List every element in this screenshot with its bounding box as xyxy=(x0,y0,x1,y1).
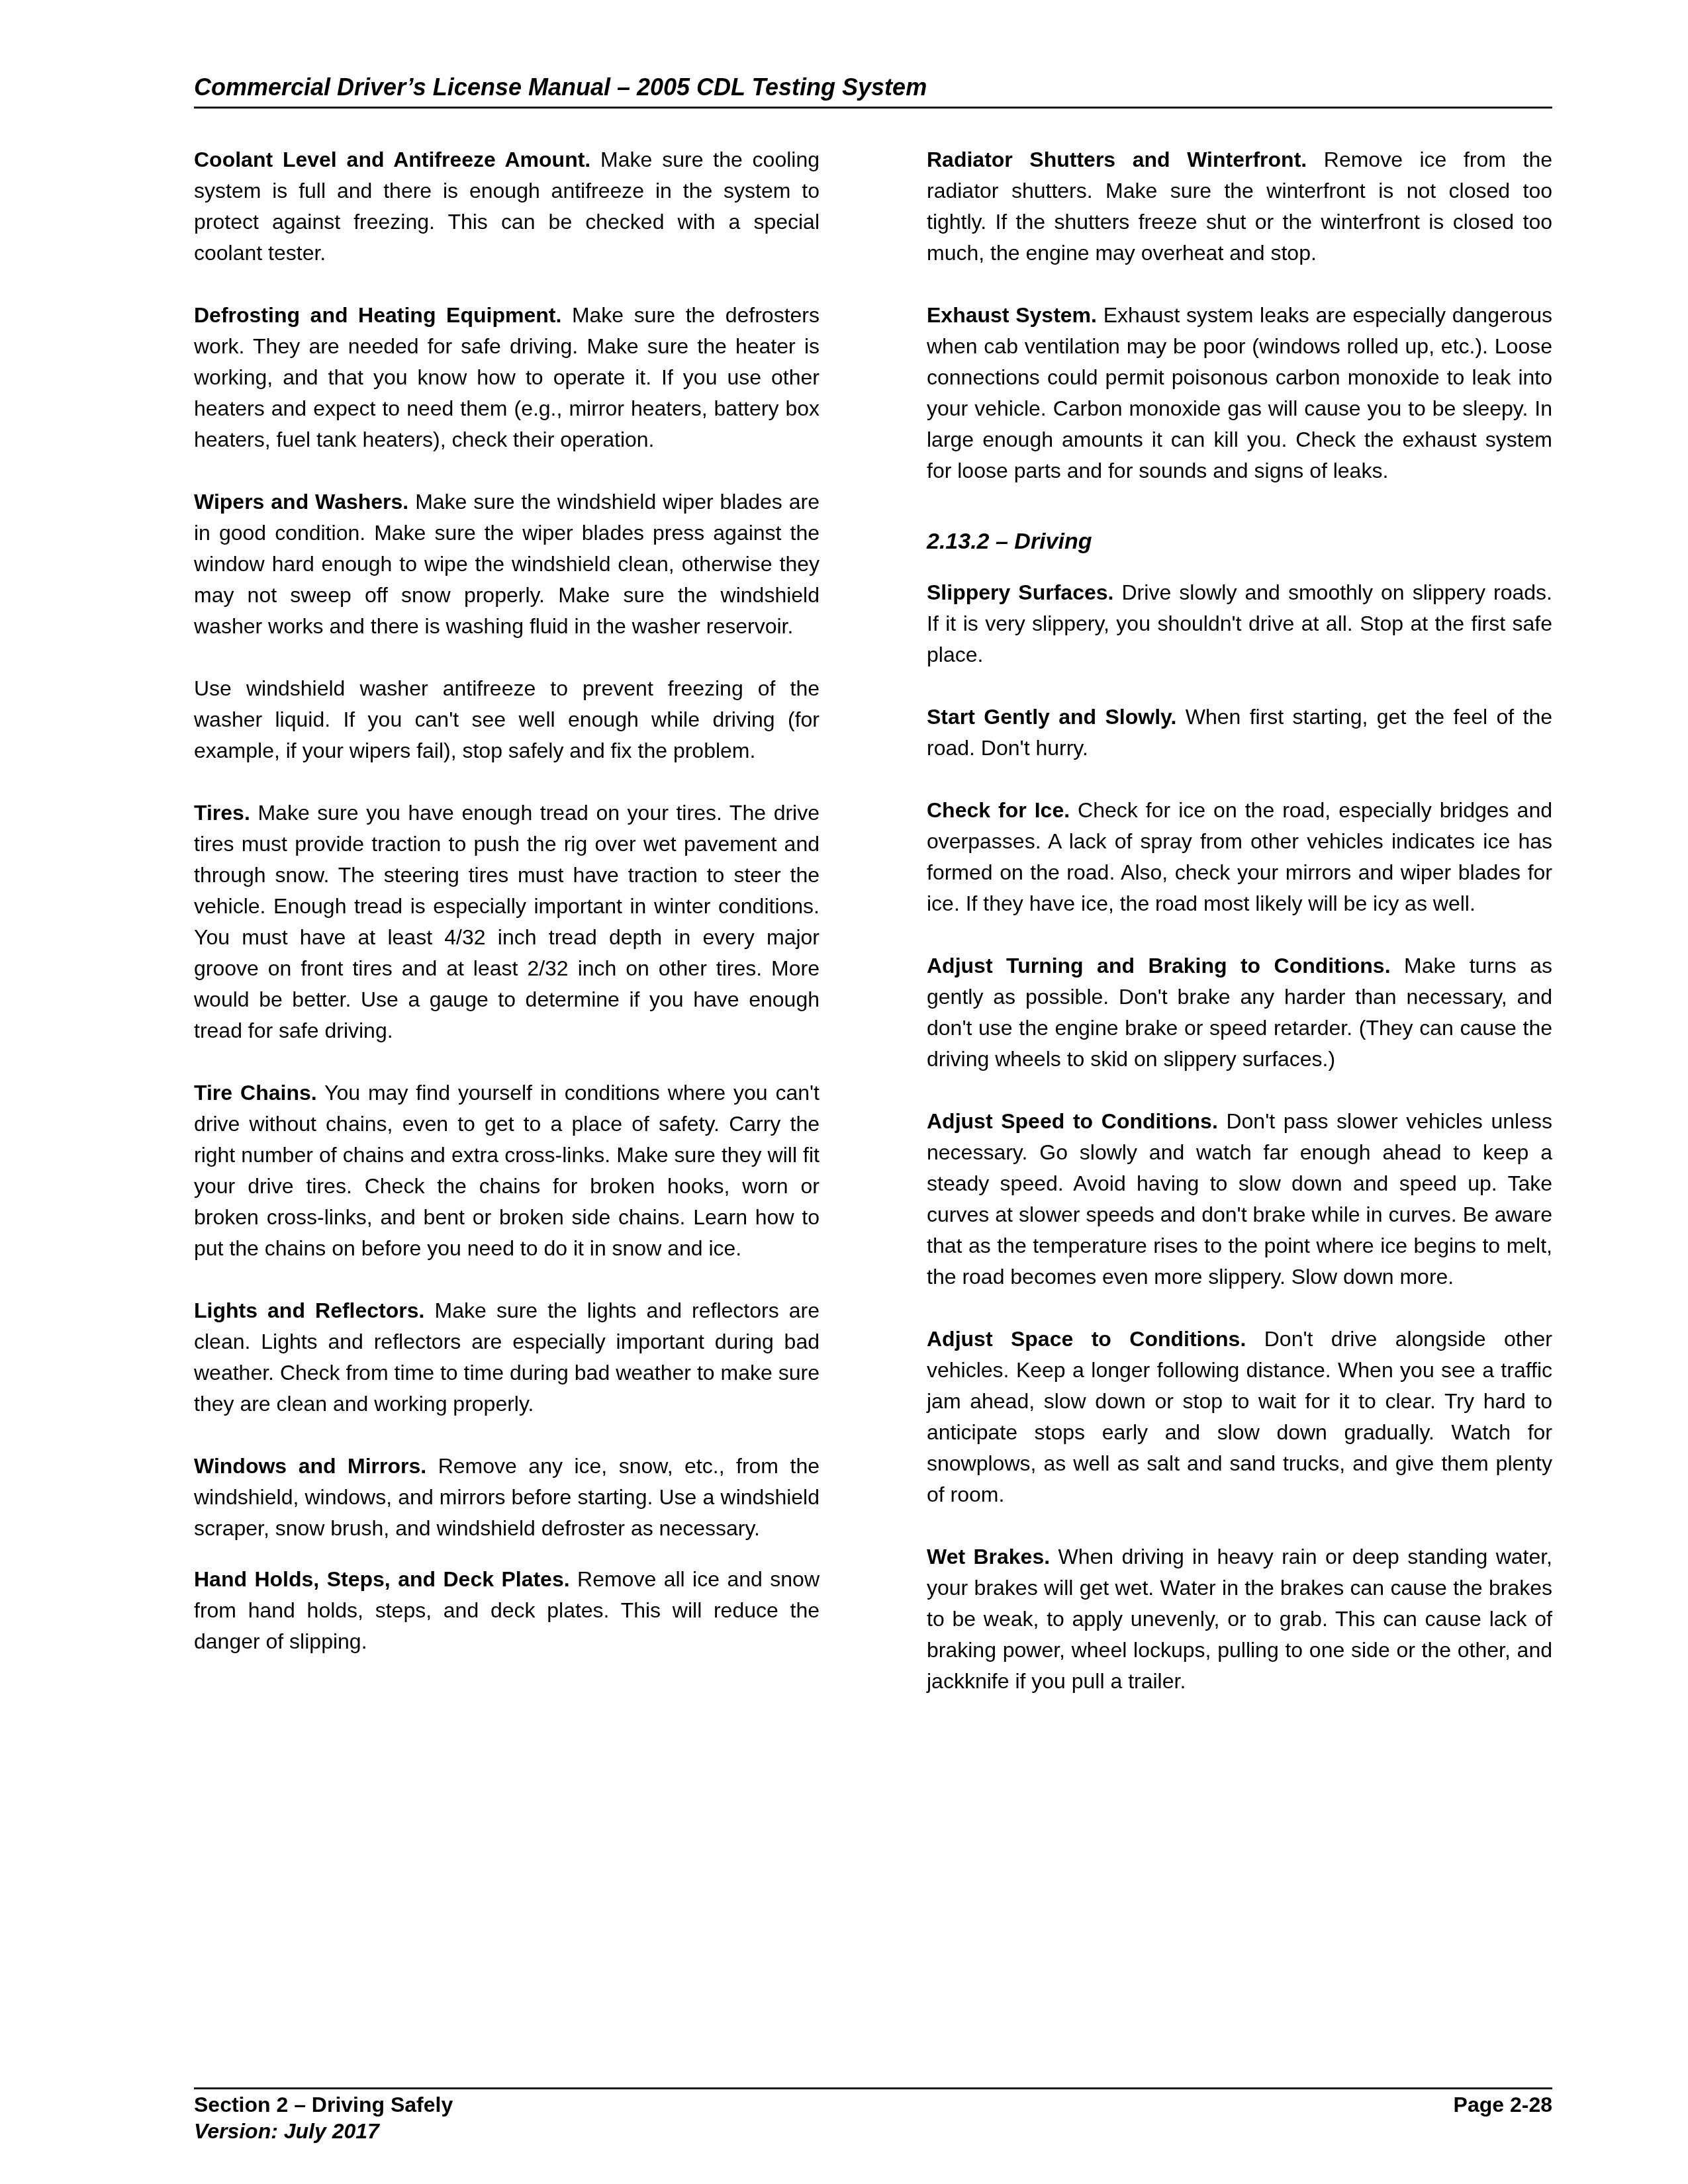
section-coolant-level: Coolant Level and Antifreeze Amount. Mak… xyxy=(194,144,820,269)
section-heading: Wipers and Washers. xyxy=(194,490,408,514)
footer-section-label: Section 2 – Driving Safely xyxy=(194,2091,1552,2118)
section-body: Don't pass slower vehicles unless necess… xyxy=(927,1109,1552,1289)
section-adjust-space: Adjust Space to Conditions. Don't drive … xyxy=(927,1324,1552,1510)
section-wipers-washers: Wipers and Washers. Make sure the windsh… xyxy=(194,486,820,642)
section-heading: Wet Brakes. xyxy=(927,1545,1050,1569)
section-start-gently: Start Gently and Slowly. When first star… xyxy=(927,702,1552,764)
section-defrosting-heating: Defrosting and Heating Equipment. Make s… xyxy=(194,300,820,455)
section-slippery-surfaces: Slippery Surfaces. Drive slowly and smoo… xyxy=(927,577,1552,670)
page-footer: Section 2 – Driving Safely Version: July… xyxy=(194,2091,1552,2144)
section-check-for-ice: Check for Ice. Check for ice on the road… xyxy=(927,795,1552,919)
section-exhaust-system: Exhaust System. Exhaust system leaks are… xyxy=(927,300,1552,486)
section-heading: Tire Chains. xyxy=(194,1081,317,1105)
right-column: Radiator Shutters and Winterfront. Remov… xyxy=(927,144,1552,1697)
section-tire-chains: Tire Chains. You may find yourself in co… xyxy=(194,1077,820,1264)
header-rule xyxy=(194,107,1552,109)
section-heading: Start Gently and Slowly. xyxy=(927,705,1176,729)
section-heading: Slippery Surfaces. xyxy=(927,580,1113,604)
footer-page-number: Page 2-28 xyxy=(1454,2091,1552,2118)
section-heading: Lights and Reflectors. xyxy=(194,1298,424,1322)
section-adjust-speed: Adjust Speed to Conditions. Don't pass s… xyxy=(927,1106,1552,1293)
section-hand-holds: Hand Holds, Steps, and Deck Plates. Remo… xyxy=(194,1564,820,1657)
section-lights-reflectors: Lights and Reflectors. Make sure the lig… xyxy=(194,1295,820,1420)
section-heading: Coolant Level and Antifreeze Amount. xyxy=(194,148,590,171)
footer-version-label: Version: July 2017 xyxy=(194,2118,1552,2144)
section-heading: Radiator Shutters and Winterfront. xyxy=(927,148,1307,171)
section-adjust-turning-braking: Adjust Turning and Braking to Conditions… xyxy=(927,950,1552,1075)
subsection-heading-driving: 2.13.2 – Driving xyxy=(927,526,1552,557)
section-heading: Check for Ice. xyxy=(927,798,1070,822)
paragraph-washer-antifreeze: Use windshield washer antifreeze to prev… xyxy=(194,673,820,766)
document-page: Commercial Driver’s License Manual – 200… xyxy=(0,0,1688,2184)
section-heading: Adjust Speed to Conditions. xyxy=(927,1109,1218,1133)
section-heading: Exhaust System. xyxy=(927,303,1097,327)
section-windows-mirrors: Windows and Mirrors. Remove any ice, sno… xyxy=(194,1451,820,1544)
section-radiator-shutters: Radiator Shutters and Winterfront. Remov… xyxy=(927,144,1552,269)
section-wet-brakes: Wet Brakes. When driving in heavy rain o… xyxy=(927,1541,1552,1697)
footer-rule xyxy=(194,2087,1552,2089)
section-heading: Hand Holds, Steps, and Deck Plates. xyxy=(194,1567,570,1591)
section-body: You may find yourself in conditions wher… xyxy=(194,1081,820,1260)
page-header-title: Commercial Driver’s License Manual – 200… xyxy=(194,73,1552,102)
section-heading: Adjust Turning and Braking to Conditions… xyxy=(927,954,1391,978)
section-tires: Tires. Make sure you have enough tread o… xyxy=(194,797,820,1046)
section-body: Don't drive alongside other vehicles. Ke… xyxy=(927,1327,1552,1506)
section-body: Exhaust system leaks are especially dang… xyxy=(927,303,1552,482)
section-heading: Tires. xyxy=(194,801,250,825)
section-body: Make sure you have enough tread on your … xyxy=(194,801,820,1042)
section-heading: Defrosting and Heating Equipment. xyxy=(194,303,561,327)
section-body: Use windshield washer antifreeze to prev… xyxy=(194,676,820,762)
section-heading: Adjust Space to Conditions. xyxy=(927,1327,1246,1351)
left-column: Coolant Level and Antifreeze Amount. Mak… xyxy=(194,144,820,1657)
section-heading: Windows and Mirrors. xyxy=(194,1454,426,1478)
